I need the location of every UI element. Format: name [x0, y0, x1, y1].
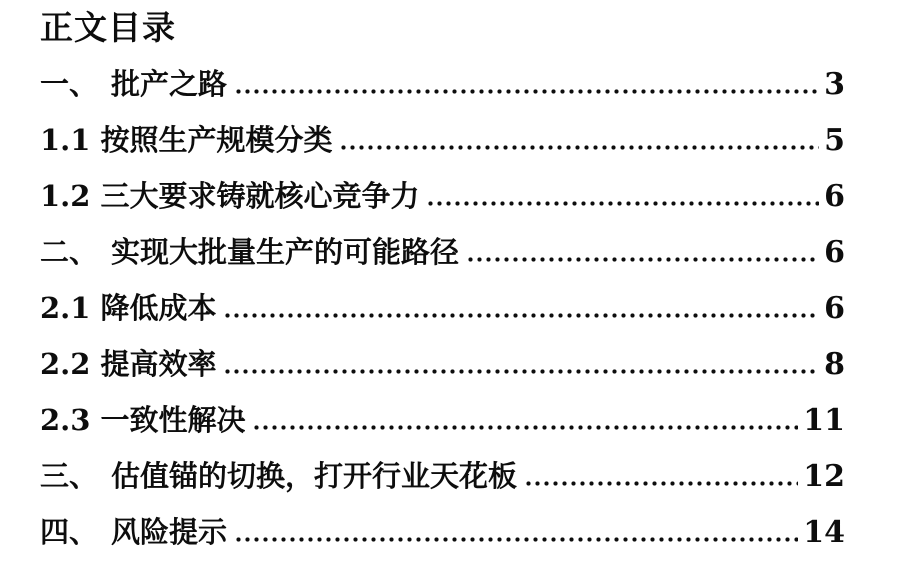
toc-entry[interactable]: 三、 估值锚的切换，打开行业天花板 12	[40, 459, 845, 494]
toc-entry-label: 三大要求铸就核心竞争力	[100, 179, 419, 214]
toc-entry-label: 按照生产规模分类	[100, 123, 332, 158]
dot-leader	[252, 425, 798, 430]
toc-entry-page: 5	[824, 123, 845, 158]
toc-entry-number: 三、	[40, 459, 98, 494]
toc-entry[interactable]: 2.1 降低成本 6	[40, 291, 845, 326]
toc-entry-number: 2.1	[40, 291, 90, 326]
toc-entry[interactable]: 四、 风险提示 14	[40, 515, 845, 550]
dot-leader	[223, 313, 819, 318]
toc-entry-page: 6	[824, 179, 845, 214]
toc-entry-page: 8	[824, 347, 845, 382]
toc-entry-label: 降低成本	[100, 291, 216, 326]
dot-leader	[223, 369, 819, 374]
toc-entry-number: 一、	[40, 67, 98, 102]
toc-entry[interactable]: 二、 实现大批量生产的可能路径 6	[40, 235, 845, 270]
toc-entry-page: 6	[824, 235, 845, 270]
toc-entry-label: 批产之路	[111, 67, 227, 102]
toc-entry-page: 6	[824, 291, 845, 326]
toc-entry-label: 风险提示	[111, 515, 227, 550]
toc-entry-number: 1.1	[40, 123, 90, 158]
toc-entry-page: 14	[803, 515, 845, 550]
toc-entry-page: 12	[803, 459, 845, 494]
toc-entry[interactable]: 2.2 提高效率 8	[40, 347, 845, 382]
toc-entry[interactable]: 1.2 三大要求铸就核心竞争力 6	[40, 179, 845, 214]
toc-entry-page: 3	[824, 67, 845, 102]
dot-leader	[234, 537, 798, 542]
toc-entry-number: 2.2	[40, 347, 90, 382]
toc-list: 一、 批产之路 3 1.1 按照生产规模分类 5 1.2 三大要求铸就核心竞争力…	[40, 67, 845, 550]
toc-entry-number: 2.3	[40, 403, 90, 438]
toc-entry[interactable]: 一、 批产之路 3	[40, 67, 845, 102]
dot-leader	[234, 89, 819, 94]
dot-leader	[524, 481, 798, 486]
toc-page: 正文目录 一、 批产之路 3 1.1 按照生产规模分类 5 1.2 三大要求铸就…	[0, 0, 907, 582]
toc-entry-number: 1.2	[40, 179, 90, 214]
toc-entry[interactable]: 1.1 按照生产规模分类 5	[40, 123, 845, 158]
toc-entry-label: 实现大批量生产的可能路径	[111, 235, 459, 270]
toc-entry-label: 一致性解决	[100, 403, 245, 438]
dot-leader	[426, 201, 819, 206]
page-title: 正文目录	[40, 8, 845, 48]
toc-entry-number: 四、	[40, 515, 98, 550]
dot-leader	[466, 257, 819, 262]
toc-entry-label: 提高效率	[100, 347, 216, 382]
toc-entry-page: 11	[803, 403, 845, 438]
toc-entry[interactable]: 2.3 一致性解决 11	[40, 403, 845, 438]
toc-entry-number: 二、	[40, 235, 98, 270]
dot-leader	[339, 145, 819, 150]
toc-entry-label: 估值锚的切换，打开行业天花板	[111, 459, 517, 494]
